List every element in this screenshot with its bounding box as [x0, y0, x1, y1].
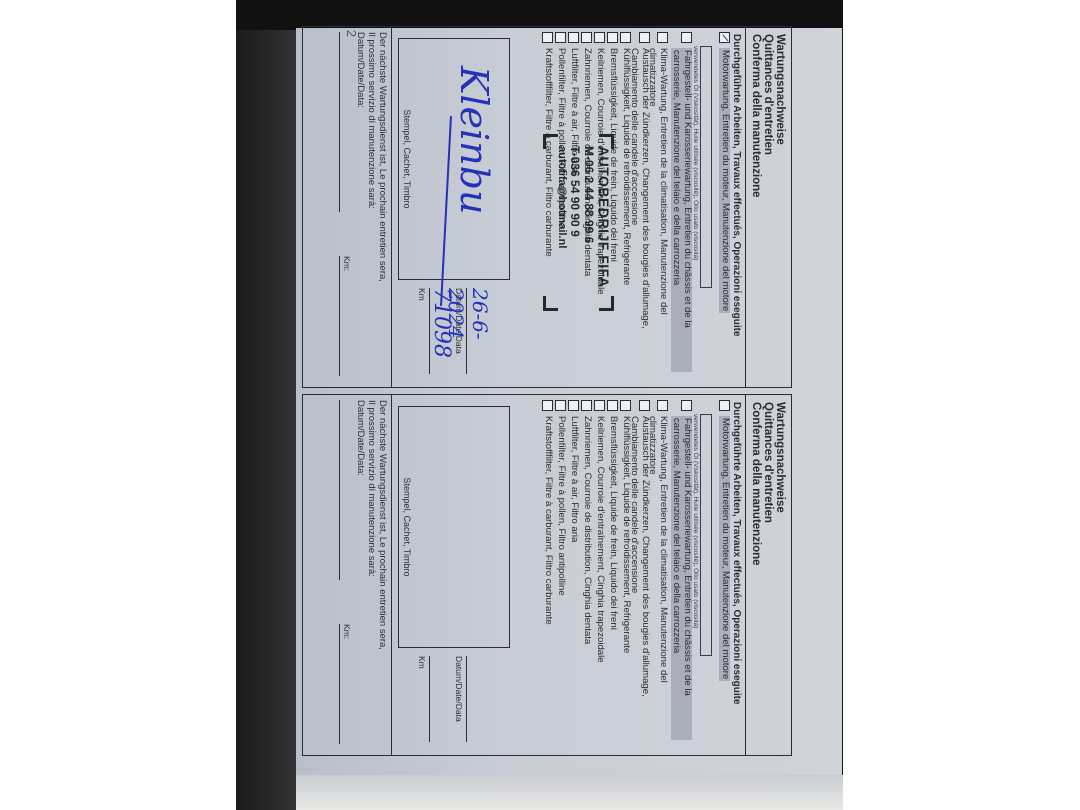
checklist-item-label: Fahrgestell- und Karosseriewartung, Entr… — [671, 416, 692, 740]
km-label: Km — [417, 656, 427, 669]
checklist-item-label: Kühlflüssigkeit, Liquide de refroidissem… — [621, 416, 632, 653]
checkbox[interactable] — [607, 32, 618, 43]
checkbox[interactable] — [542, 32, 553, 43]
checkbox[interactable] — [639, 400, 650, 411]
checklist-item-label: Luftfilter, Filtre à air, Filtro aria — [569, 416, 580, 542]
checkbox[interactable] — [555, 32, 566, 43]
checklist-item: Fahrgestell- und Karosseriewartung, Entr… — [671, 400, 692, 740]
checklist-item: Fahrgestell- und Karosseriewartung, Entr… — [671, 32, 692, 372]
checklist-item-label: Zahnriemen, Courroie de distribution, Ci… — [582, 416, 593, 644]
stamp-bracket — [599, 296, 614, 311]
checkbox[interactable] — [657, 32, 668, 43]
garage-stamp: AUTOBEDRIJF FIFAM-06 2 44 88 99 6T-036 5… — [556, 146, 612, 296]
checkbox[interactable] — [555, 400, 566, 411]
date-label: Datum/Date/Data — [454, 656, 464, 722]
checklist-item: Pollenfilter, Filtre à pollen, Filtro an… — [555, 400, 566, 740]
stamp-name: AUTOBEDRIJF FIFA — [596, 146, 612, 296]
panel-title: WartungsnachweiseQuittances d'entretienC… — [750, 34, 786, 198]
checklist-item: Kühlflüssigkeit, Liquide de refroidissem… — [620, 400, 631, 740]
checkbox[interactable] — [581, 400, 592, 411]
next-service-text: Der nächste Wartungsdienst ist, Le proch… — [355, 32, 388, 282]
checklist-item: Austausch der Zündkerzen, Changement des… — [629, 400, 650, 740]
checklist-item-label: Keilriemen, Courroie d'entraînement, Cin… — [595, 416, 606, 663]
service-record-panel-2: WartungsnachweiseQuittances d'entretienC… — [302, 394, 792, 756]
divider — [391, 394, 392, 756]
checkbox[interactable] — [681, 32, 692, 43]
next-service-text: Der nächste Wartungsdienst ist, Le proch… — [355, 400, 388, 650]
checkbox[interactable] — [607, 400, 618, 411]
checklist-item-label: Kraftstofffilter, Filtre à carburant, Fi… — [543, 416, 554, 625]
work-performed-heading: Durchgeführte Arbeiten, Travaux effectué… — [731, 34, 742, 337]
checklist-item-label: Austausch der Zündkerzen, Changement des… — [629, 48, 650, 372]
next-service-date-field[interactable] — [339, 32, 340, 212]
checkbox[interactable] — [620, 400, 631, 411]
oil-viscosity-field[interactable] — [700, 46, 712, 288]
checkbox[interactable] — [568, 400, 579, 411]
checklist-item: Motorwartung, Entretien du moteur, Manut… — [719, 32, 730, 372]
next-service-date-field[interactable] — [339, 400, 340, 580]
checklist-item-label: Austausch der Zündkerzen, Changement des… — [629, 416, 650, 740]
divider — [745, 26, 746, 388]
divider — [391, 26, 392, 388]
next-service-km-label: Km: — [342, 256, 352, 271]
next-service-km-field[interactable] — [339, 256, 340, 376]
checklist-item-label: Kühlflüssigkeit, Liquide de refroidissem… — [621, 48, 632, 285]
checklist-item-label: Kraftstofffilter, Filtre à carburant, Fi… — [543, 48, 554, 257]
checkbox[interactable] — [657, 400, 668, 411]
checklist-item: Austausch der Zündkerzen, Changement des… — [629, 32, 650, 372]
checkbox[interactable] — [581, 32, 592, 43]
service-record-panel-1: WartungsnachweiseQuittances d'entretienC… — [302, 26, 792, 388]
checkbox[interactable] — [620, 32, 631, 43]
oil-viscosity-label: verwendetes Öl (Viskosität), Huile utili… — [692, 46, 699, 260]
panel-title: WartungsnachweiseQuittances d'entretienC… — [750, 402, 786, 566]
stamp-email: autofifa@hotmail.nl — [556, 146, 568, 296]
checklist-item: Kühlflüssigkeit, Liquide de refroidissem… — [620, 32, 631, 372]
signature: Kleinbu — [452, 66, 496, 214]
checkbox[interactable] — [719, 400, 730, 411]
checklist-item: Zahnriemen, Courroie de distribution, Ci… — [581, 400, 592, 740]
next-service-km-label: Km: — [342, 624, 352, 639]
checklist-item: Luftfilter, Filtre à air, Filtro aria — [568, 400, 579, 740]
checklist-item: Bremsflüssigkeit, Liquide de frein, Liqu… — [607, 400, 618, 740]
work-performed-heading: Durchgeführte Arbeiten, Travaux effectué… — [731, 402, 742, 705]
checkbox[interactable] — [594, 400, 605, 411]
checklist-item-label: Bremsflüssigkeit, Liquide de frein, Liqu… — [608, 416, 619, 630]
checkbox[interactable] — [639, 32, 650, 43]
oil-viscosity-field[interactable] — [700, 414, 712, 656]
stamp-label: Stempel, Cachet, Timbro — [402, 39, 412, 279]
checklist-item-label: Motorwartung, Entretien du moteur, Manut… — [720, 416, 731, 681]
checklist-item-label: Fahrgestell- und Karosseriewartung, Entr… — [671, 48, 692, 372]
oil-viscosity-label: verwendetes Öl (Viskosität), Huile utili… — [692, 414, 699, 628]
divider — [745, 394, 746, 756]
km-field[interactable] — [429, 656, 430, 742]
checklist-item-label: Pollenfilter, Filtre à pollen, Filtro an… — [556, 416, 567, 596]
checkbox[interactable] — [568, 32, 579, 43]
stamp-label: Stempel, Cachet, Timbro — [402, 407, 412, 647]
stamp-bracket — [543, 296, 558, 311]
checkbox[interactable] — [681, 400, 692, 411]
checklist-item: Motorwartung, Entretien du moteur, Manut… — [719, 400, 730, 740]
next-service-km-field[interactable] — [339, 624, 340, 744]
handwritten-km: 71098 — [429, 288, 454, 358]
page-edge — [296, 775, 843, 810]
checklist-item: Keilriemen, Courroie d'entraînement, Cin… — [594, 400, 605, 740]
checklist-item-label: Motorwartung, Entretien du moteur, Manut… — [720, 48, 731, 313]
stamp-phone: T-036 54 90 90 9 — [568, 146, 582, 296]
checkbox[interactable] — [542, 400, 553, 411]
stamp-mobile: M-06 2 44 88 99 6 — [582, 146, 596, 296]
checkbox[interactable] — [719, 32, 730, 43]
checkbox[interactable] — [594, 32, 605, 43]
stamp-box: Stempel, Cachet, Timbro — [398, 406, 510, 648]
checklist-item: Kraftstofffilter, Filtre à carburant, Fi… — [542, 32, 553, 372]
km-label: Km — [417, 288, 427, 301]
date-field[interactable] — [466, 656, 467, 742]
checklist-item: Kraftstofffilter, Filtre à carburant, Fi… — [542, 400, 553, 740]
